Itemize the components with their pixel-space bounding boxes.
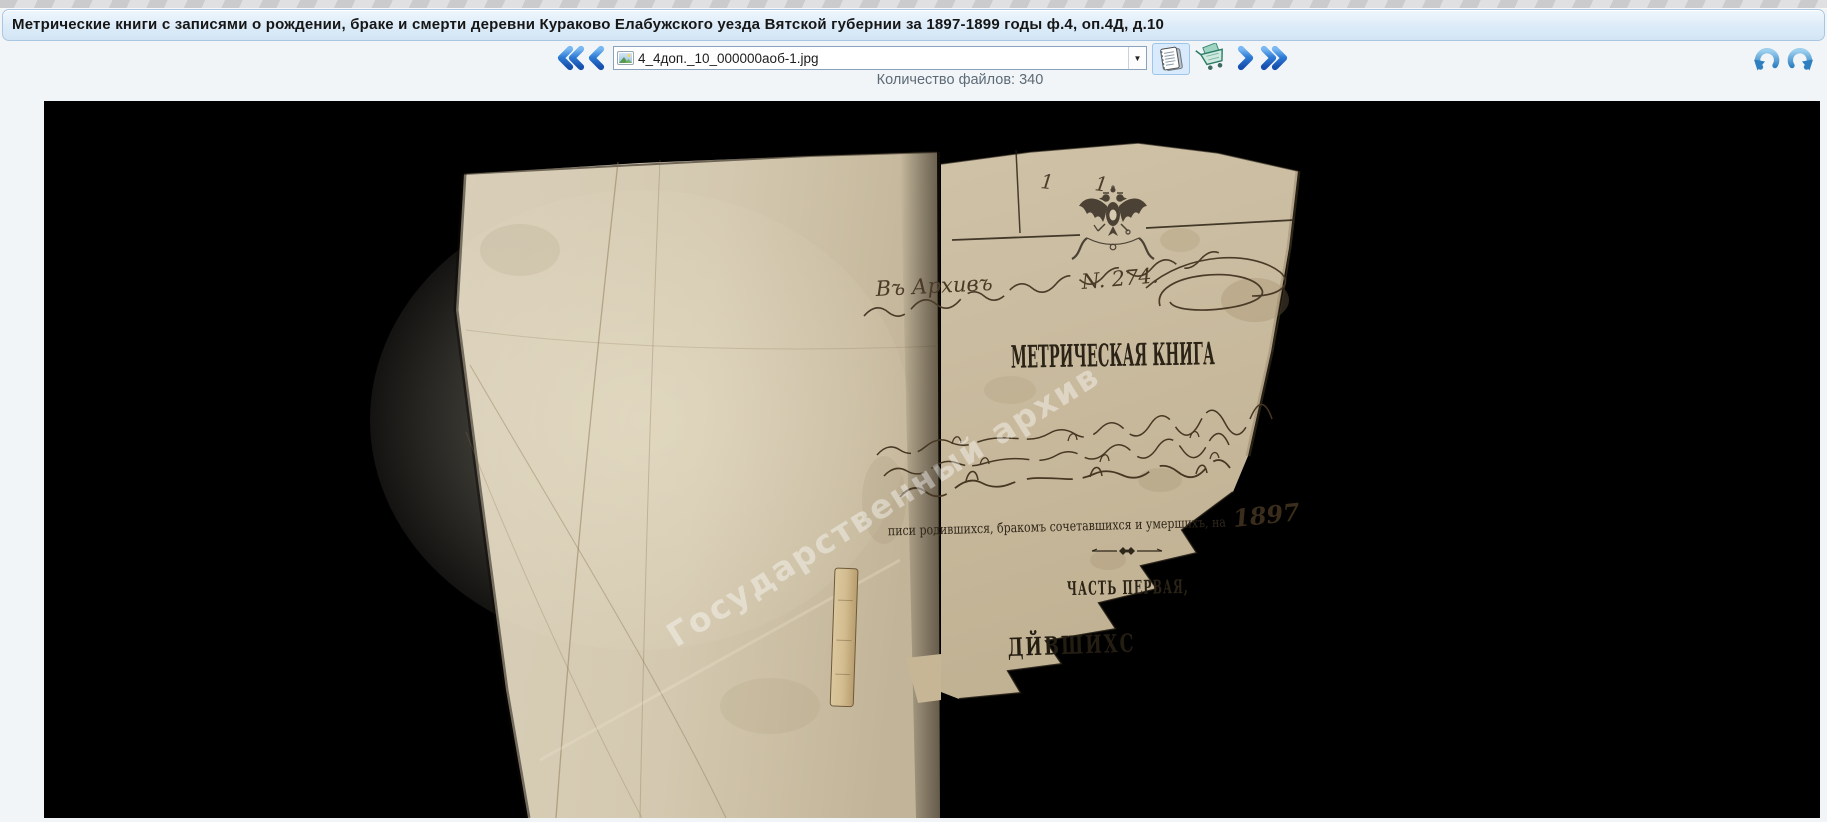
nav-prev-button[interactable] [588,45,606,74]
scanned-document-image: 1 1 Въ Архивъ N. 274. МЕТРИЧЕСКАЯ КНИГА … [44,101,1820,818]
dropdown-arrow-icon[interactable]: ▼ [1128,47,1146,69]
part-title: ЧАСТЬ ПЕРВАЯ, [1067,576,1189,600]
top-stripe-pattern [0,0,1827,9]
page-title: Метрические книги с записями о рождении,… [3,10,1824,40]
rotate-clockwise-icon-button[interactable] [1784,45,1816,73]
rotate-counterclockwise-icon [1752,45,1782,73]
file-list-button[interactable] [1152,43,1190,75]
book-title: МЕТРИЧЕСКАЯ КНИГА [1011,336,1216,376]
shopping-cart-icon [1193,43,1231,73]
year-handwriting: 1897 [1232,497,1302,533]
double-chevron-right-icon [1260,45,1289,71]
torn-letters: ДЙВШИХС [1007,627,1136,662]
image-file-icon [617,51,634,65]
order-copy-button[interactable] [1192,43,1232,73]
nav-last-button[interactable] [1260,45,1289,74]
nav-first-button[interactable] [556,45,585,74]
file-count-label: Количество файлов: 340 [620,72,1300,88]
title-bar: Метрические книги с записями о рождении,… [2,9,1825,41]
image-viewer[interactable]: 1 1 Въ Архивъ N. 274. МЕТРИЧЕСКАЯ КНИГА … [44,101,1820,818]
notepad-icon [1157,46,1185,73]
nav-next-button[interactable] [1236,45,1254,74]
double-chevron-left-icon [556,45,585,71]
chevron-left-icon [588,45,606,71]
left-page [370,152,940,818]
corner-mark: 1 [1039,169,1054,194]
chevron-right-icon [1236,45,1254,71]
rotate-clockwise-icon [1785,45,1815,73]
selected-filename: 4_4доп._10_000000аоб-1.jpg [638,51,1128,66]
archive-image-viewer-window: { "header": { "title": "Метрические книг… [0,0,1827,822]
file-select-combobox[interactable]: 4_4доп._10_000000аоб-1.jpg ▼ [613,46,1147,70]
rotate-left-button[interactable] [1751,45,1783,73]
